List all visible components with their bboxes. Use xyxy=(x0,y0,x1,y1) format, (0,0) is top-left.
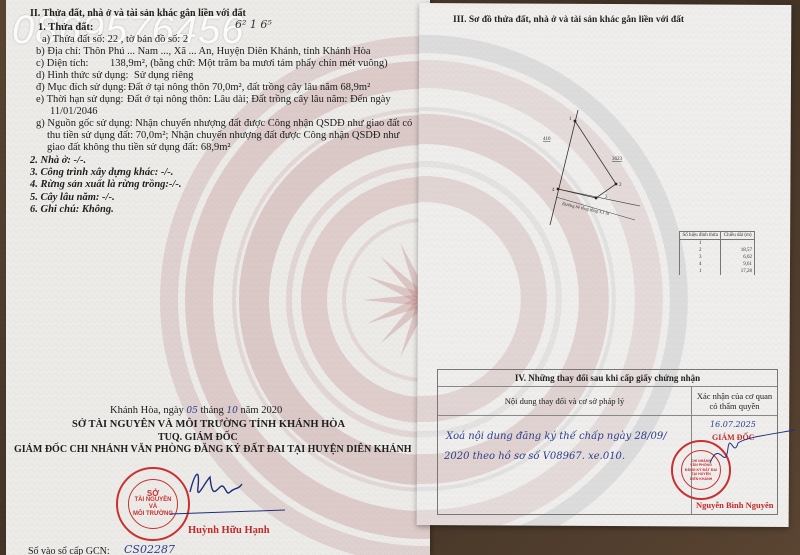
use-purpose-value: Đất ở tại nông thôn 70,0m², đất trồng câ… xyxy=(128,82,370,95)
seal-text: MÔI TRƯỜNG xyxy=(133,511,173,518)
confirm-signer-name: Nguyễn Bình Nguyên xyxy=(696,499,773,512)
signer-name-left: Huỳnh Hữu Hạnh xyxy=(188,525,270,538)
changes-content-column: Nội dung thay đổi và cơ sở pháp lý Xoá n… xyxy=(438,387,692,514)
item1-title: 1. Thửa đất: xyxy=(38,22,93,35)
table-row: 1 xyxy=(680,240,755,248)
parcel-diagram: 1 2 3 4 410 3623 Đường bê tông rộng 3,1 … xyxy=(500,100,650,230)
use-form-label: d) Hình thức sử dụng: xyxy=(36,70,128,83)
changes-title: IV. Những thay đổi sau khi cấp giấy chứn… xyxy=(438,370,777,387)
origin-line-1: g) Nguồn gốc sử dụng: Nhận chuyển nhượng… xyxy=(36,118,412,131)
date-prefix: Khánh Hòa, ngày xyxy=(110,405,184,416)
vertex-4: 4 xyxy=(552,188,555,193)
area-label: c) Diện tích: xyxy=(36,58,88,71)
seal-text: SỞ xyxy=(147,490,159,497)
neighbor-parcel-410: 410 xyxy=(543,137,551,142)
use-purpose-label: đ) Mục đích sử dụng: xyxy=(36,82,126,95)
section-ii-title: II. Thửa đất, nhà ở và tài sản khác gắn … xyxy=(30,8,246,21)
use-term-date: 11/01/2046 xyxy=(50,106,97,119)
item-house: 2. Nhà ở: -/-. xyxy=(30,155,86,168)
use-form-value: Sử dụng riêng xyxy=(134,70,193,83)
parcel-number: a) Thửa đất số: 22 , tờ bản đồ số: 2 xyxy=(42,34,188,47)
vertex-cell: 1 xyxy=(680,240,721,248)
parcel-address: b) Địa chỉ: Thôn Phú ... Nam ..., Xã ...… xyxy=(36,46,371,59)
origin-line-2: thu tiền sử dụng đất: 70,0m²; Nhận chuyể… xyxy=(47,130,399,143)
handwritten-marks: 6² 1 6⁵ xyxy=(235,18,272,31)
length-cell: 6,02 xyxy=(721,254,755,261)
length-cell: 9,61 xyxy=(721,261,755,268)
area-value: 138,9m², (bằng chữ: Một trăm ba mươi tám… xyxy=(110,58,388,71)
changes-content-header: Nội dung thay đổi và cơ sở pháp lý xyxy=(438,387,691,416)
vertex-cell: 3 xyxy=(680,254,721,261)
table-row: 218,57 xyxy=(680,247,755,254)
table-row: 117,28 xyxy=(680,268,755,275)
table-row: 36,02 xyxy=(680,254,755,261)
seal-text: VÀ xyxy=(149,504,157,511)
date-day: 05 xyxy=(186,406,197,416)
cert-number-value: CS02287 xyxy=(124,543,175,555)
use-term-value: Đất ở tại nông thôn: Lâu dài; Đất trồng … xyxy=(127,94,391,107)
org-line-2: TUQ. GIÁM ĐỐC xyxy=(158,432,238,445)
item-note: 6. Ghi chú: Không. xyxy=(30,204,114,217)
date-year: năm 2020 xyxy=(241,405,283,416)
org-line-3: GIÁM ĐỐC CHI NHÁNH VĂN PHÒNG ĐĂNG KÝ ĐẤT… xyxy=(14,444,412,457)
seal-text: TÀI NGUYÊN xyxy=(134,497,171,504)
use-term-label: e) Thời hạn sử dụng: xyxy=(36,94,123,107)
changes-confirm-header: Xác nhận của cơ quan có thẩm quyền xyxy=(692,387,777,416)
length-cell: 18,57 xyxy=(721,247,755,254)
vertex-header: Số hiệu đỉnh thửa xyxy=(680,232,721,240)
issue-date: Khánh Hòa, ngày 05 tháng 10 năm 2020 xyxy=(110,405,282,418)
section-iii-title: III. Sơ đồ thửa đất, nhà ở và tài sản kh… xyxy=(453,15,684,25)
road-label: Đường bê tông rộng 3,1 m xyxy=(562,201,611,217)
change-entry-line-1: Xoá nội dung đăng ký thế chấp ngày 28/09… xyxy=(446,431,667,442)
vertex-1: 1 xyxy=(569,117,572,122)
length-header: Chiều dài (m) xyxy=(721,232,755,240)
origin-line-3: giao đất không thu tiền sử dụng đất: 68,… xyxy=(47,142,231,155)
vertex-cell: 4 xyxy=(680,261,721,268)
cert-number-label: Số vào sổ cấp GCN: xyxy=(28,546,110,555)
edge-length-table: Số hiệu đỉnh thửa Chiều dài (m) 1218,573… xyxy=(679,231,755,275)
date-month-label: tháng xyxy=(200,405,223,416)
length-cell: 17,28 xyxy=(721,268,755,275)
date-month: 10 xyxy=(226,406,237,416)
vertex-cell: 1 xyxy=(680,268,721,275)
item-production-forest: 4. Rừng sản xuất là rừng trồng:-/-. xyxy=(30,179,181,192)
vertex-2: 2 xyxy=(619,183,622,188)
change-entry-line-2: 2020 theo hồ sơ số V08967. xe.010. xyxy=(444,451,625,462)
signature-left xyxy=(170,462,290,517)
item-other-construction: 3. Công trình xây dựng khác: -/-. xyxy=(30,167,173,180)
length-cell xyxy=(721,240,755,248)
signature-right xyxy=(700,418,800,478)
table-row: 49,61 xyxy=(680,261,755,268)
item-perennial-trees: 5. Cây lâu năm: -/-. xyxy=(30,192,115,205)
neighbor-parcel-3623: 3623 xyxy=(612,157,623,162)
vertex-cell: 2 xyxy=(680,247,721,254)
org-line-1: SỞ TÀI NGUYÊN VÀ MÔI TRƯỜNG TỈNH KHÁNH H… xyxy=(72,419,345,432)
